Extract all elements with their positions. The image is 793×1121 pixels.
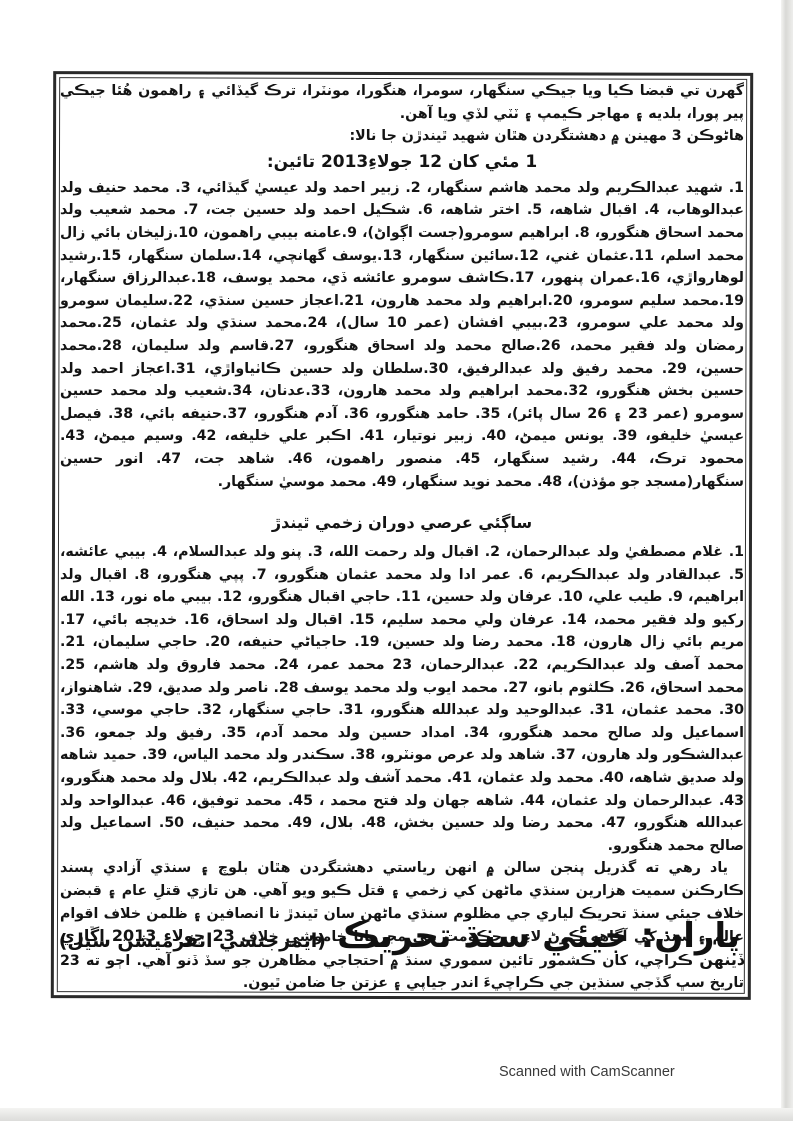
injured-heading: ساڳئي عرصي دوران زخمي ٿيندڙ bbox=[60, 511, 744, 535]
martyrs-list: 1. شهيد عبدالڪريم ولد محمد هاشم سنگهار، … bbox=[60, 177, 744, 493]
scanner-watermark: Scanned with CamScanner bbox=[499, 1064, 675, 1080]
page-edge-shadow-bottom bbox=[0, 1108, 793, 1121]
closing-text-part2: ڪراچي، کان ڪشمور تائين سموري سنڌ ۾ احتجا… bbox=[60, 953, 744, 992]
martyrs-heading: 1 مئي کان 12 جولاءِ2013 تائين: bbox=[60, 150, 744, 174]
signature-department: (ايمرجنسي انفرميشن سيل) bbox=[59, 930, 326, 952]
signature-block: پاران: جيئي سنڌ تحريڪ (ايمرجنسي انفرميشن… bbox=[70, 916, 740, 956]
injured-list: 1. غلام مصطفيٰ ولد عبدالرحمان، 2. اقبال … bbox=[60, 541, 744, 857]
signature-organization: پاران: جيئي سنڌ تحريڪ bbox=[337, 916, 740, 956]
intro-list-caption: هاڻوڪن 3 مهينن ۾ دهشتگردن هٿان شهيد ٿيند… bbox=[60, 125, 744, 148]
document-body: گهرن تي قبضا ڪيا ويا جيڪي سنگهار، سومرا،… bbox=[60, 80, 744, 995]
intro-paragraph: گهرن تي قبضا ڪيا ويا جيڪي سنگهار، سومرا،… bbox=[60, 80, 744, 125]
page-edge-shadow bbox=[781, 0, 793, 1121]
